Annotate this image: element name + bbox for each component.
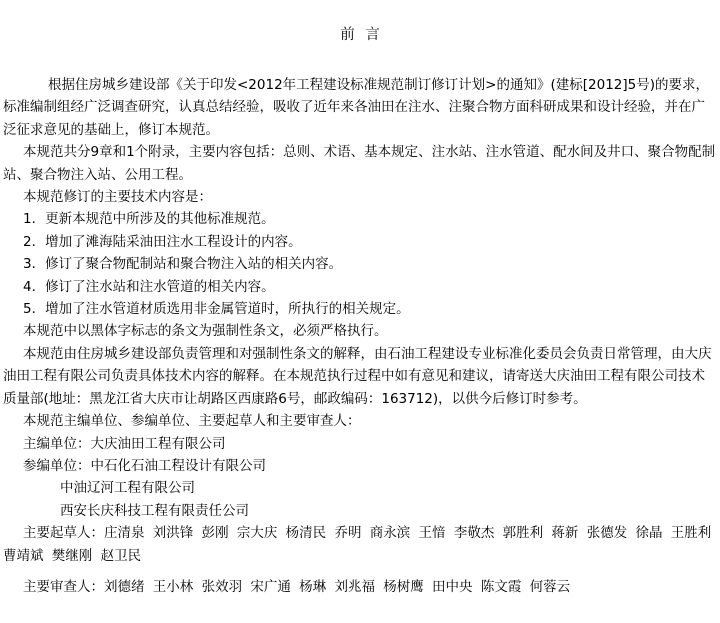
- document-page: 前 言 根据住房城乡建设部《关于印发<2012年工程建设标准规范制订修订计划>的…: [0, 0, 720, 623]
- revision-item-5: 5．增加了注水管道材质选用非金属管道时，所执行的相关规定。: [3, 298, 717, 320]
- paragraph-drafters: 主要起草人：庄清泉 刘洪锋 彭刚 宗大庆 杨清民 乔明 商永滨 王愔 李敬杰 郭…: [3, 522, 717, 567]
- revision-item-4: 4．修订了注水站和注水管道的相关内容。: [3, 276, 717, 298]
- paragraph-revision-intro: 本规范修订的主要技术内容是：: [3, 186, 717, 208]
- revision-item-1: 1．更新本规范中所涉及的其他标准规范。: [3, 208, 717, 230]
- line-participating-org-2: 中油辽河工程有限公司: [3, 477, 717, 499]
- preface-title: 前 言: [3, 28, 717, 43]
- paragraph-mandatory-provisions: 本规范中以黑体字标志的条文为强制性条文，必须严格执行。: [3, 320, 717, 342]
- preface-body: 根据住房城乡建设部《关于印发<2012年工程建设标准规范制订修订计划>的通知》(…: [3, 74, 717, 598]
- paragraph-scope: 本规范共分9章和1个附录，主要内容包括：总则、术语、基本规定、注水站、注水管道、…: [3, 141, 717, 186]
- paragraph-credits-heading: 本规范主编单位、参编单位、主要起草人和主要审查人：: [3, 410, 717, 432]
- revision-item-2: 2．增加了滩海陆采油田注水工程设计的内容。: [3, 231, 717, 253]
- line-chief-editing-org: 主编单位：大庆油田工程有限公司: [3, 433, 717, 455]
- line-participating-org-1: 参编单位：中石化石油工程设计有限公司: [3, 455, 717, 477]
- paragraph-reviewers: 主要审查人：刘德绪 王小林 张效羽 宋广通 杨琳 刘兆福 杨树鹰 田中央 陈文霞…: [3, 576, 717, 598]
- line-participating-org-3: 西安长庆科技工程有限责任公司: [3, 500, 717, 522]
- revision-item-3: 3．修订了聚合物配制站和聚合物注入站的相关内容。: [3, 253, 717, 275]
- paragraph-administration: 本规范由住房城乡建设部负责管理和对强制性条文的解释，由石油工程建设专业标准化委员…: [3, 343, 717, 410]
- paragraph-basis: 根据住房城乡建设部《关于印发<2012年工程建设标准规范制订修订计划>的通知》(…: [3, 74, 717, 141]
